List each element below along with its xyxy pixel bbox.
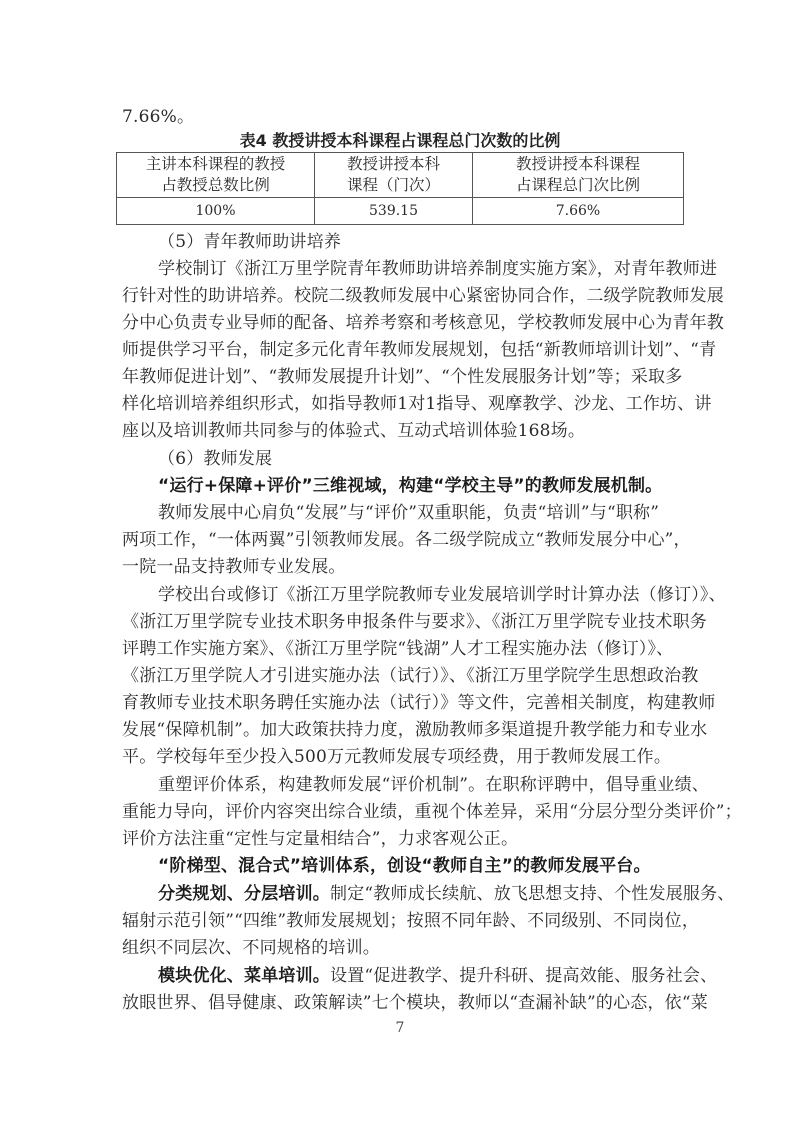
paragraph-line: 两项工作，“一体两翼”引领教师发展。各二级学院成立“教师发展分中心”， bbox=[122, 527, 682, 554]
paragraph-line: 行针对性的助讲培养。校院二级教师发展中心紧密协同合作，二级学院教师发展 bbox=[122, 283, 682, 310]
paragraph-line: 重能力导向，评价内容突出综合业绩，重视个体差异，采用“分层分型分类评价”； bbox=[122, 799, 682, 826]
paragraph-line: 座以及培训教师共同参与的体验式、互动式培训体验168场。 bbox=[122, 418, 682, 445]
paragraph-line: 年教师促进计划”、“教师发展提升计划”、“个性发展服务计划”等；采取多 bbox=[122, 364, 682, 391]
paragraph-line: 育教师专业技术职务聘任实施办法（试行）》等文件，完善相关制度，构建教师 bbox=[122, 690, 682, 717]
paragraph-line: 组织不同层次、不同规格的培训。 bbox=[122, 935, 682, 962]
table-header-cell: 教授讲授本科课程 占课程总门次比例 bbox=[473, 153, 684, 198]
ratio-table: 主讲本科课程的教授 占教授总数比例 教授讲授本科 课程（门次） 教授讲授本科课程… bbox=[116, 152, 684, 225]
paragraph-line: 辐射示范引领”“四维”教师发展规划；按照不同年龄、不同级别、不同岗位， bbox=[122, 908, 682, 935]
paragraph-line: 发展“保障机制”。加大政策扶持力度，激励教师多渠道提升教学能力和专业水 bbox=[122, 717, 682, 744]
table-row: 100% 539.15 7.66% bbox=[117, 198, 684, 225]
table-cell: 7.66% bbox=[473, 198, 684, 225]
bold-subheading: “阶梯型、混合式”培训体系，创设“教师自主”的教师发展平台。 bbox=[122, 853, 718, 880]
paragraph-line: 学校出台或修订《浙江万里学院教师专业发展培训学时计算办法（修订）》、 bbox=[122, 582, 718, 609]
top-line: 7.66%。 bbox=[122, 104, 682, 131]
paragraph-line: 《浙江万里学院人才引进实施办法（试行）》、《浙江万里学院学生思想政治教 bbox=[122, 663, 682, 690]
bold-subheading: “运行+保障+评价”三维视域，构建“学校主导”的教师发展机制。 bbox=[122, 473, 718, 500]
paragraph-lead: 分类规划、分层培训。 bbox=[158, 884, 330, 904]
table-header-row: 主讲本科课程的教授 占教授总数比例 教授讲授本科 课程（门次） 教授讲授本科课程… bbox=[117, 153, 684, 198]
paragraph-line: 重塑评价体系，构建教师发展“评价机制”。在职称评聘中，倡导重业绩、 bbox=[122, 772, 718, 799]
paragraph-line: 评聘工作实施方案》、《浙江万里学院“钱湖”人才工程实施办法（修订）》、 bbox=[122, 636, 682, 663]
section-heading: （5）青年教师助讲培养 bbox=[122, 229, 718, 256]
section-heading: （6）教师发展 bbox=[122, 446, 718, 473]
paragraph-line: 师提供学习平台，制定多元化青年教师发展规划，包括“新教师培训计划”、“青 bbox=[122, 337, 682, 364]
paragraph-line: 学校制订《浙江万里学院青年教师助讲培养制度实施方案》，对青年教师进 bbox=[122, 256, 718, 283]
paragraph-line: 样化培训培养组织形式，如指导教师1对1指导、观摩教学、沙龙、工作坊、讲 bbox=[122, 391, 682, 418]
paragraph-line: 《浙江万里学院专业技术职务申报条件与要求》、《浙江万里学院专业技术职务 bbox=[122, 609, 682, 636]
table-caption: 表4 教授讲授本科课程占课程总门次数的比例 bbox=[0, 128, 800, 151]
table-header-cell: 教授讲授本科 课程（门次） bbox=[315, 153, 473, 198]
paragraph-line: 分中心负责专业导师的配备、培养考察和考核意见，学校教师发展中心为青年教 bbox=[122, 310, 682, 337]
page-number: 7 bbox=[0, 1020, 800, 1036]
paragraph-line: 教师发展中心肩负“发展”与“评价”双重职能，负责“培训”与“职称” bbox=[122, 500, 718, 527]
paragraph-line: 模块优化、菜单培训。设置“促进教学、提升科研、提高效能、服务社会、 bbox=[122, 963, 718, 990]
table-cell: 100% bbox=[117, 198, 315, 225]
table-header-cell: 主讲本科课程的教授 占教授总数比例 bbox=[117, 153, 315, 198]
document-page: 7.66%。 表4 教授讲授本科课程占课程总门次数的比例 主讲本科课程的教授 占… bbox=[0, 0, 800, 1139]
paragraph-line: 放眼世界、倡导健康、政策解读”七个模块，教师以“查漏补缺”的心态，依“菜 bbox=[122, 990, 682, 1017]
paragraph-line: 分类规划、分层培训。制定“教师成长续航、放飞思想支持、个性发展服务、 bbox=[122, 881, 718, 908]
table-cell: 539.15 bbox=[315, 198, 473, 225]
paragraph-line: 一院一品支持教师专业发展。 bbox=[122, 554, 682, 581]
paragraph-line: 评价方法注重“定性与定量相结合”，力求客观公正。 bbox=[122, 826, 682, 853]
paragraph-line: 平。学校每年至少投入500万元教师发展专项经费，用于教师发展工作。 bbox=[122, 744, 682, 771]
paragraph-lead: 模块优化、菜单培训。 bbox=[158, 966, 330, 986]
